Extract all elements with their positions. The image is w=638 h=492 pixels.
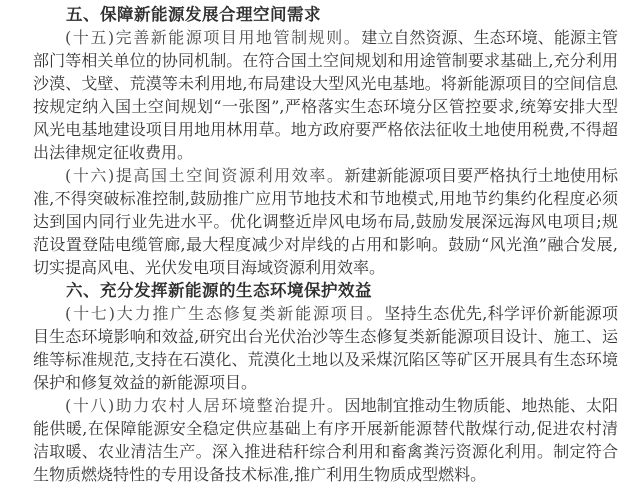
paragraph-15: (十五)完善新能源项目用地管制规则。建立自然资源、生态环境、能源主管部门等相关单… xyxy=(33,26,618,164)
paragraph-17-lead: (十七)大力推广生态修复类新能源项目。 xyxy=(65,304,384,323)
paragraph-16: (十六)提高国土空间资源利用效率。新建新能源项目要严格执行土地使用标准,不得突破… xyxy=(33,164,618,279)
section-heading-5: 五、保障新能源发展合理空间需求 xyxy=(33,3,618,26)
paragraph-15-body: 建立自然资源、生态环境、能源主管部门等相关单位的协同机制。在符合国土空间规划和用… xyxy=(33,28,618,162)
paragraph-15-lead: (十五)完善新能源项目用地管制规则。 xyxy=(65,28,361,47)
paragraph-18-lead: (十八)助力农村人居环境整治提升。 xyxy=(65,396,345,415)
paragraph-18: (十八)助力农村人居环境整治提升。因地制宜推动生物质能、地热能、太阳能供暖,在保… xyxy=(33,394,618,486)
document-page: 五、保障新能源发展合理空间需求 (十五)完善新能源项目用地管制规则。建立自然资源… xyxy=(0,0,638,492)
section-heading-6: 六、充分发挥新能源的生态环境保护效益 xyxy=(33,279,618,302)
paragraph-16-lead: (十六)提高国土空间资源利用效率。 xyxy=(65,166,345,185)
paragraph-17: (十七)大力推广生态修复类新能源项目。坚持生态优先,科学评价新能源项目生态环境影… xyxy=(33,302,618,394)
